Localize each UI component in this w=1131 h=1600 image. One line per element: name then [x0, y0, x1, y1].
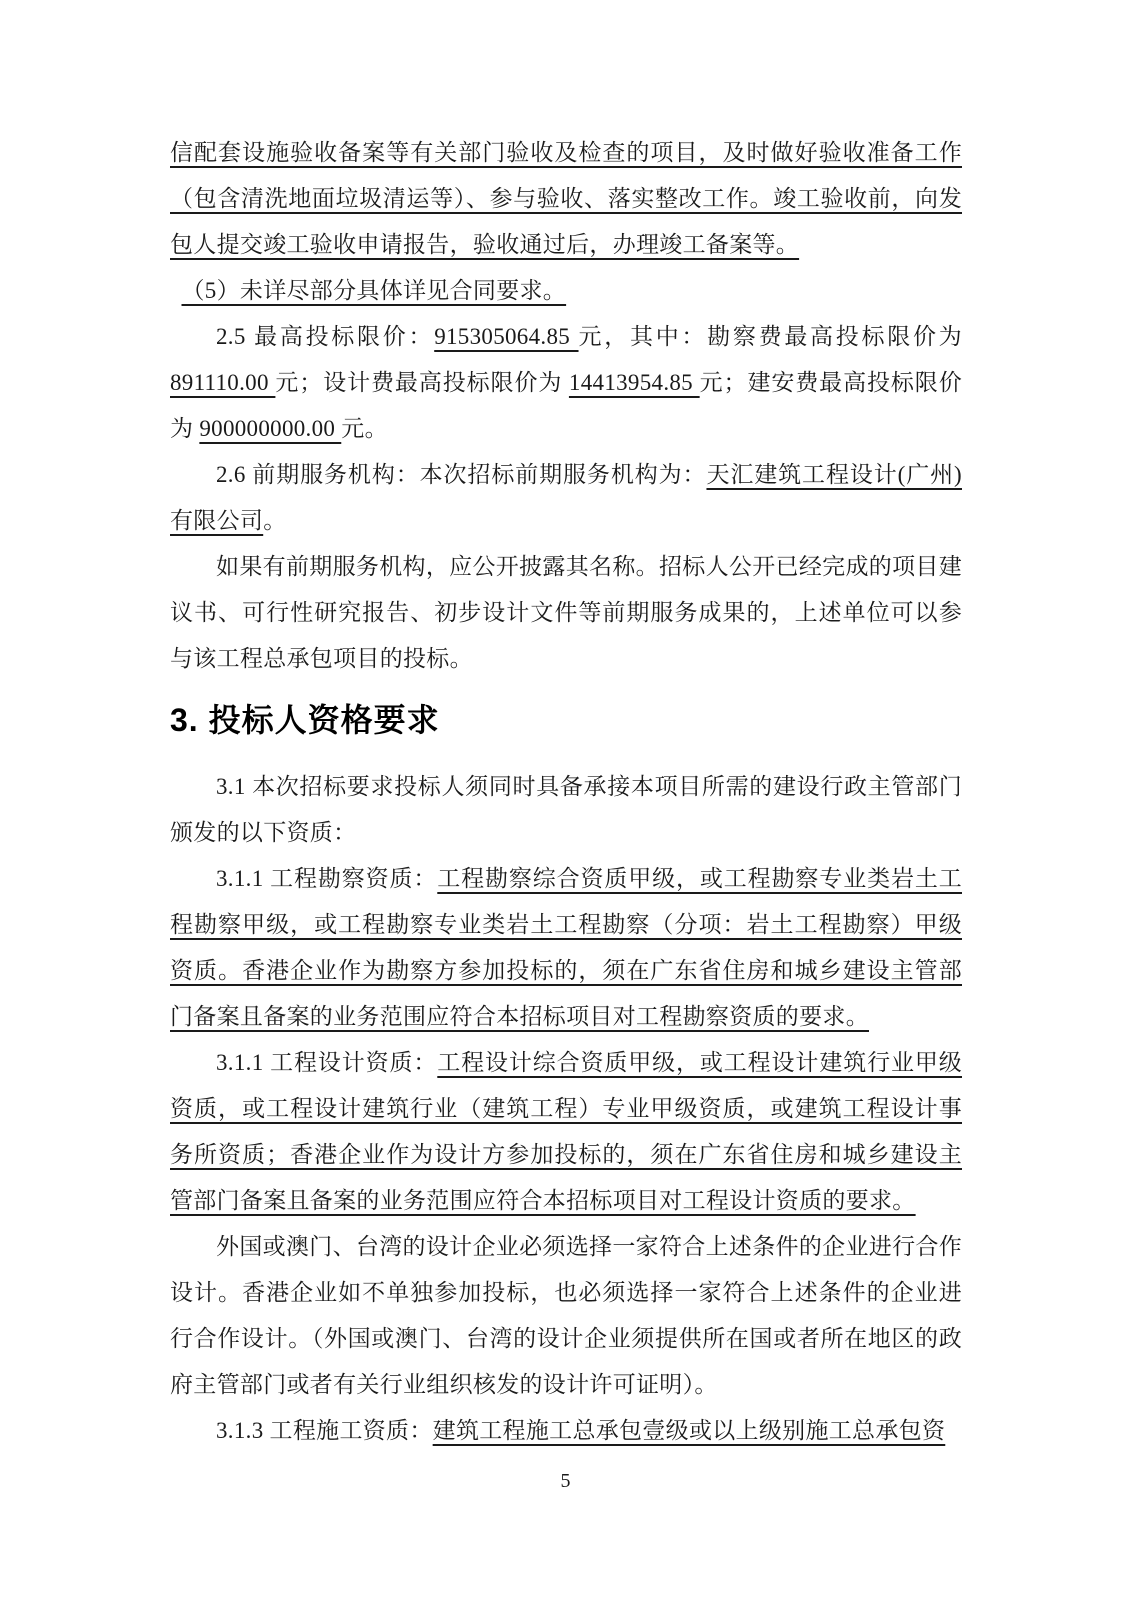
underlined-text: 信配套设施验收备案等有关部门验收及检查的项目，及时做好验收准备工作（包含清洗地面…: [170, 140, 962, 257]
para-3-1-qualification-intro: 3.1 本次招标要求投标人须同时具备承接本项目所需的建设行政主管部门颁发的以下资…: [170, 764, 962, 856]
para-3-1-3-construction-qualification: 3.1.3 工程施工资质：建筑工程施工总承包壹级或以上级别施工总承包资: [170, 1408, 962, 1454]
para-acceptance-continuation: 信配套设施验收备案等有关部门验收及检查的项目，及时做好验收准备工作（包含清洗地面…: [170, 130, 962, 268]
underlined-text: 891110.00: [170, 370, 275, 395]
text: 2.5 最高投标限价：: [216, 324, 434, 349]
document-body: 信配套设施验收备案等有关部门验收及检查的项目，及时做好验收准备工作（包含清洗地面…: [170, 130, 962, 1454]
document-page: 信配套设施验收备案等有关部门验收及检查的项目，及时做好验收准备工作（包含清洗地面…: [0, 0, 1131, 1600]
text: 3.1.1 工程勘察资质：: [216, 866, 437, 891]
text: 。: [263, 508, 286, 533]
text: 2.6 前期服务机构：本次招标前期服务机构为：: [216, 462, 706, 487]
text: 元，其中：勘察费最高投标限价为: [579, 324, 962, 349]
text: 3.1.3 工程施工资质：: [216, 1418, 433, 1443]
underlined-text: 14413954.85: [569, 370, 700, 395]
underlined-text: 900000000.00: [199, 416, 341, 441]
text: 3.1 本次招标要求投标人须同时具备承接本项目所需的建设行政主管部门颁发的以下资…: [170, 774, 962, 845]
para-disclosure-note: 如果有前期服务机构，应公开披露其名称。招标人公开已经完成的项目建议书、可行性研究…: [170, 544, 962, 682]
underlined-text: 915305064.85: [434, 324, 578, 349]
para-3-1-1-design-qualification: 3.1.1 工程设计资质：工程设计综合资质甲级，或工程设计建筑行业甲级资质，或工…: [170, 1040, 962, 1224]
text: 外国或澳门、台湾的设计企业必须选择一家符合上述条件的企业进行合作设计。香港企业如…: [170, 1234, 962, 1397]
para-item-5: （5）未详尽部分具体详见合同要求。: [170, 268, 962, 314]
underlined-text: 建筑工程施工总承包壹级或以上级别施工总承包资: [433, 1418, 946, 1443]
para-2-6-preliminary-service-agency: 2.6 前期服务机构：本次招标前期服务机构为：天汇建筑工程设计(广州)有限公司。: [170, 452, 962, 544]
text: 元；设计费最高投标限价为: [275, 370, 569, 395]
para-2-5-max-bid-price: 2.5 最高投标限价：915305064.85 元，其中：勘察费最高投标限价为 …: [170, 314, 962, 452]
page-footer: 5: [0, 1470, 1131, 1493]
section-3-heading: 3. 投标人资格要求: [170, 696, 962, 744]
text: 3.1.1 工程设计资质：: [216, 1050, 437, 1075]
para-3-1-1-survey-qualification: 3.1.1 工程勘察资质：工程勘察综合资质甲级，或工程勘察专业类岩土工程勘察甲级…: [170, 856, 962, 1040]
page-number: 5: [561, 1470, 571, 1492]
para-foreign-design-cooperation: 外国或澳门、台湾的设计企业必须选择一家符合上述条件的企业进行合作设计。香港企业如…: [170, 1224, 962, 1408]
text: 元。: [341, 416, 388, 441]
text: 如果有前期服务机构，应公开披露其名称。招标人公开已经完成的项目建议书、可行性研究…: [170, 554, 962, 671]
underlined-text: （5）未详尽部分具体详见合同要求。: [182, 278, 567, 303]
